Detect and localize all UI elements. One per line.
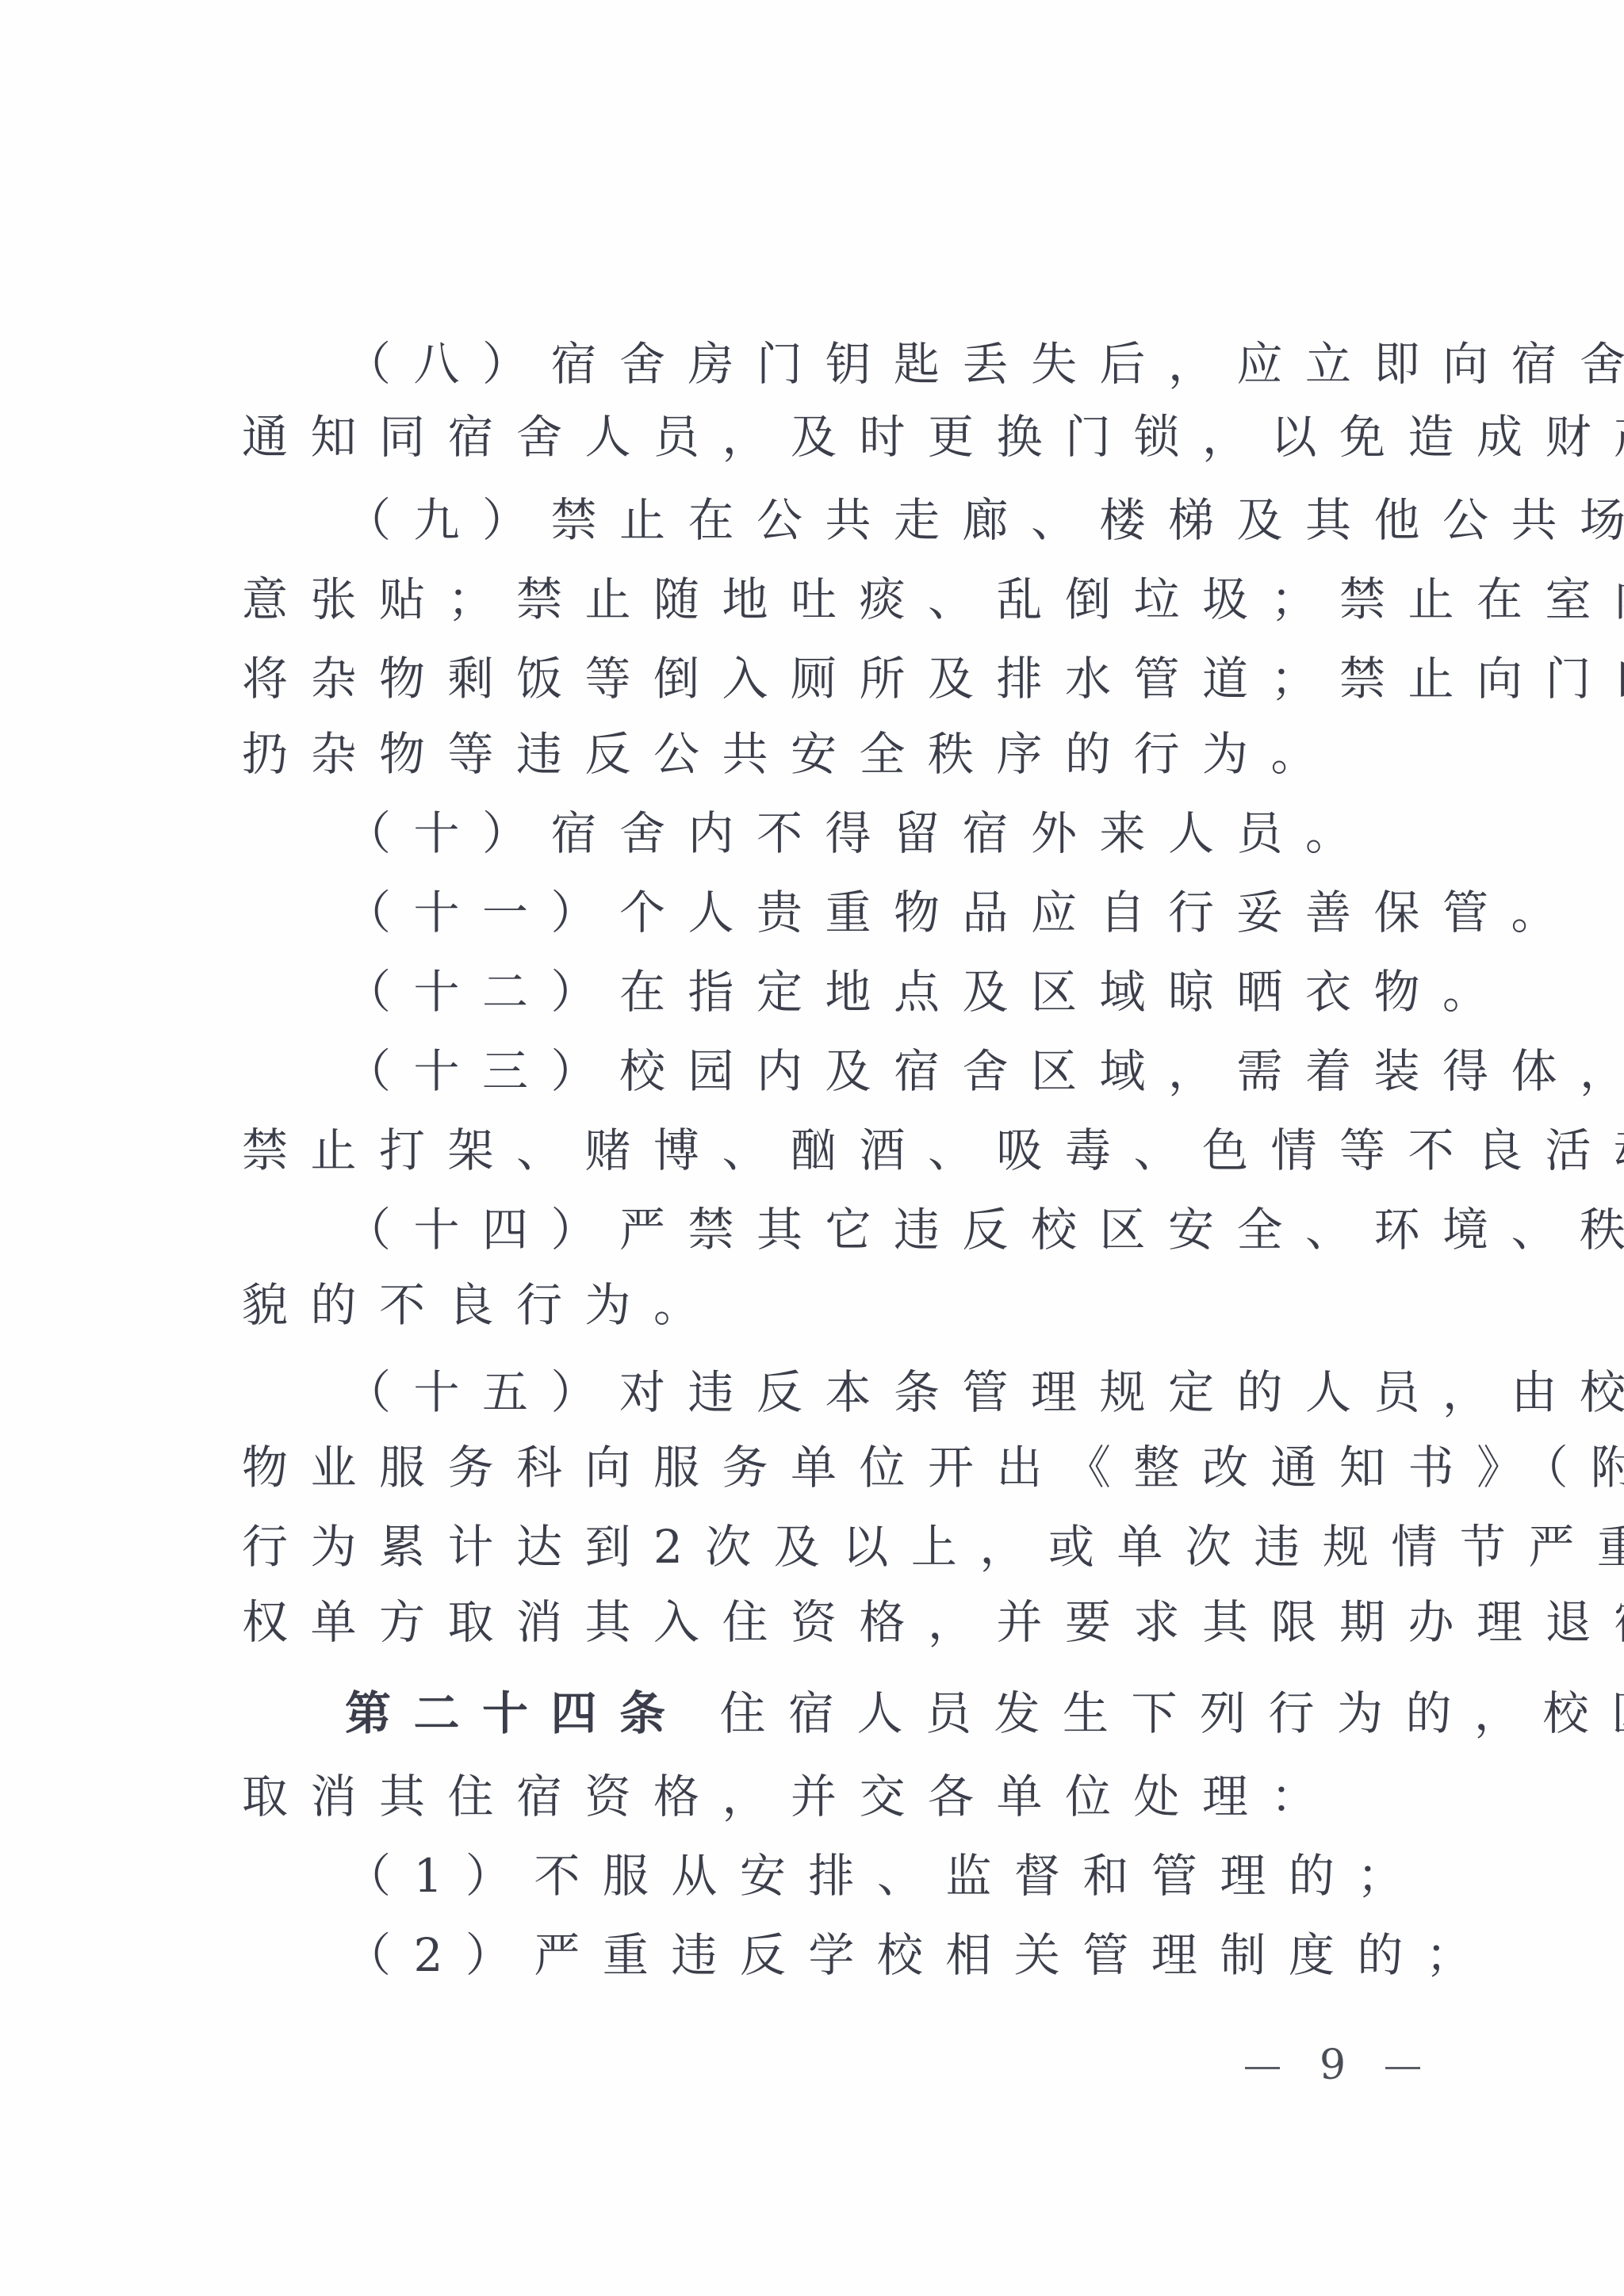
page-number-dash-left: [1245, 2067, 1280, 2069]
paragraph-item-15-line-1: （十五）对违反本条管理规定的人员，由校区管理办公寓与: [345, 1353, 1624, 1431]
article-24-item-1: （1）不服从安排、监督和管理的；: [345, 1837, 1426, 1915]
article-24-line-2: 取消其住宿资格，并交各单位处理：: [242, 1758, 1339, 1835]
article-24-line-1: 第二十四条住宿人员发生下列行为的，校区管理办有权: [345, 1674, 1624, 1752]
paragraph-item-15-line-3: 行为累计达到2次及以上，或单次违规情节严重，校区管理办有: [242, 1508, 1624, 1586]
paragraph-item-12: （十二）在指定地点及区域晾晒衣物。: [345, 953, 1511, 1031]
paragraph-item-8-line-1: （八）宿舍房门钥匙丢失后，应立即向宿舍管理员报告，并: [345, 325, 1624, 403]
paragraph-item-8-line-2: 通知同宿舍人员，及时更换门锁，以免造成财产损失。: [242, 398, 1624, 476]
paragraph-item-14-line-2: 貌的不良行为。: [242, 1266, 722, 1344]
paragraph-item-13-line-2: 禁止打架、赌博、酗酒、吸毒、色情等不良活动。: [242, 1112, 1624, 1189]
article-24-item-2: （2）严重违反学校相关管理制度的；: [345, 1916, 1494, 1994]
paragraph-item-9-line-3: 将杂物剩饭等倒入厕所及排水管道；禁止向门口、窗外泼水、乱: [242, 640, 1624, 717]
paragraph-item-10: （十）宿舍内不得留宿外来人员。: [345, 794, 1374, 872]
paragraph-item-9-line-4: 扔杂物等违反公共安全秩序的行为。: [242, 715, 1339, 793]
paragraph-item-14-line-1: （十四）严禁其它违反校区安全、环境、秩序和校园文明风: [345, 1191, 1624, 1269]
paragraph-item-15-line-4: 权单方取消其入住资格，并要求其限期办理退宿手续。: [242, 1583, 1624, 1661]
paragraph-item-13-line-1: （十三）校园内及宿舍区域，需着装得体，不得赤裸身体，: [345, 1032, 1624, 1110]
article-24-intro: 住宿人员发生下列行为的，校区管理办有权: [720, 1686, 1624, 1740]
paragraph-item-9-line-2: 意张贴；禁止随地吐痰、乱倒垃圾；禁止在室内饲养动物；禁止: [242, 561, 1624, 638]
page-number-dash-right: [1385, 2067, 1420, 2069]
article-24-heading: 第二十四条: [345, 1686, 688, 1740]
document-page: （八）宿舍房门钥匙丢失后，应立即向宿舍管理员报告，并 通知同宿舍人员，及时更换门…: [0, 0, 1624, 2296]
page-number-value: 9: [1319, 2042, 1346, 2089]
paragraph-item-11: （十一）个人贵重物品应自行妥善保管。: [345, 874, 1580, 951]
page-number: 9: [1205, 2042, 1460, 2089]
paragraph-item-9-line-1: （九）禁止在公共走廊、楼梯及其他公共场所堆放物品，随: [345, 481, 1624, 559]
paragraph-item-15-line-2: 物业服务科向服务单位开出《整改通知书》（附件6），同一违规: [242, 1429, 1624, 1506]
